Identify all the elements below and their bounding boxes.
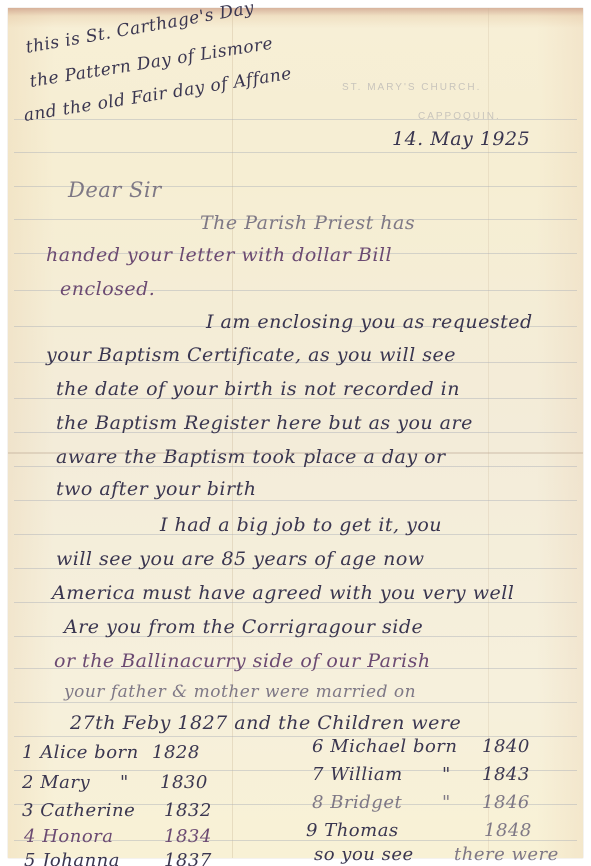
body-line: your Baptism Certificate, as you will se… (46, 344, 456, 366)
child-note: " (442, 764, 451, 785)
letter-date: 14. May 1925 (392, 128, 530, 150)
child-name: Johanna (42, 850, 120, 866)
child-entry: 7 William (312, 764, 403, 785)
child-year: 1837 (164, 852, 212, 866)
child-number: 7 (312, 764, 324, 785)
body-line: the Baptism Register here but as you are (56, 412, 473, 434)
ruled-line (14, 500, 577, 501)
child-name: Bridget (330, 792, 402, 813)
body-line: I had a big job to get it, you (160, 514, 442, 536)
child-year: 1840 (482, 736, 530, 757)
child-entry: 3 Catherine (22, 800, 135, 821)
child-year: 1834 (164, 826, 212, 847)
child-year: 1848 (484, 820, 532, 841)
child-year: 1832 (164, 800, 212, 821)
child-name: William (330, 764, 403, 785)
child-entry: 1 Alice born (22, 742, 139, 763)
child-note: " (442, 792, 451, 813)
child-note: born (94, 742, 139, 763)
body-line: two after your birth (56, 478, 256, 500)
child-name: Alice (40, 742, 88, 763)
child-entry: 2 Mary (22, 772, 90, 793)
child-entry: 9 Thomas (306, 820, 399, 841)
child-entry: 8 Bridget (312, 792, 402, 813)
child-year: 1828 (152, 742, 200, 763)
salutation: Dear Sir (68, 178, 162, 202)
child-name: Honora (42, 826, 113, 847)
child-year: 1843 (482, 764, 530, 785)
child-number: 2 (22, 772, 34, 793)
child-number: 3 (22, 800, 34, 821)
child-name: Catherine (40, 800, 135, 821)
child-number: 8 (312, 792, 324, 813)
body-line: Are you from the Corrigragour side (64, 616, 423, 638)
body-line: or the Ballinacurry side of our Parish (54, 650, 431, 672)
body-line: your father & mother were married on (64, 682, 416, 702)
body-line: America must have agreed with you very w… (52, 582, 514, 604)
ruled-line (14, 702, 577, 703)
child-entry: 5 Johanna (24, 852, 120, 866)
child-entry: 4 Honora (24, 826, 114, 847)
body-line: The Parish Priest has (200, 212, 415, 234)
child-year: 1846 (482, 792, 530, 813)
ruled-line (14, 152, 577, 153)
child-entry: 6 Michael born (312, 736, 458, 757)
child-note: born (413, 736, 458, 757)
child-number: 9 (306, 820, 318, 841)
body-line: will see you are 85 years of age now (56, 548, 425, 570)
child-number: 1 (22, 742, 34, 763)
letterhead-church: ST. MARY'S CHURCH. (342, 82, 481, 93)
body-line: handed your letter with dollar Bill (46, 244, 392, 266)
child-name: Mary (40, 772, 90, 793)
body-line: the date of your birth is not recorded i… (56, 378, 460, 400)
child-note: " (120, 772, 129, 793)
letterhead-town: CAPPOQUIN. (418, 111, 501, 122)
child-number: 6 (312, 736, 324, 757)
child-year: 1830 (160, 772, 208, 793)
body-line: 27th Feby 1827 and the Children were (70, 712, 461, 734)
closing-line-part2: there were (454, 846, 559, 864)
child-name: Thomas (324, 820, 398, 841)
child-number: 4 (24, 826, 36, 847)
body-line: enclosed. (60, 278, 155, 300)
child-number: 5 (24, 850, 36, 866)
closing-line-part1: so you see (314, 846, 414, 864)
body-line: I am enclosing you as requested (206, 311, 533, 333)
body-line: aware the Baptism took place a day or (56, 446, 446, 468)
child-name: Michael (330, 736, 407, 757)
